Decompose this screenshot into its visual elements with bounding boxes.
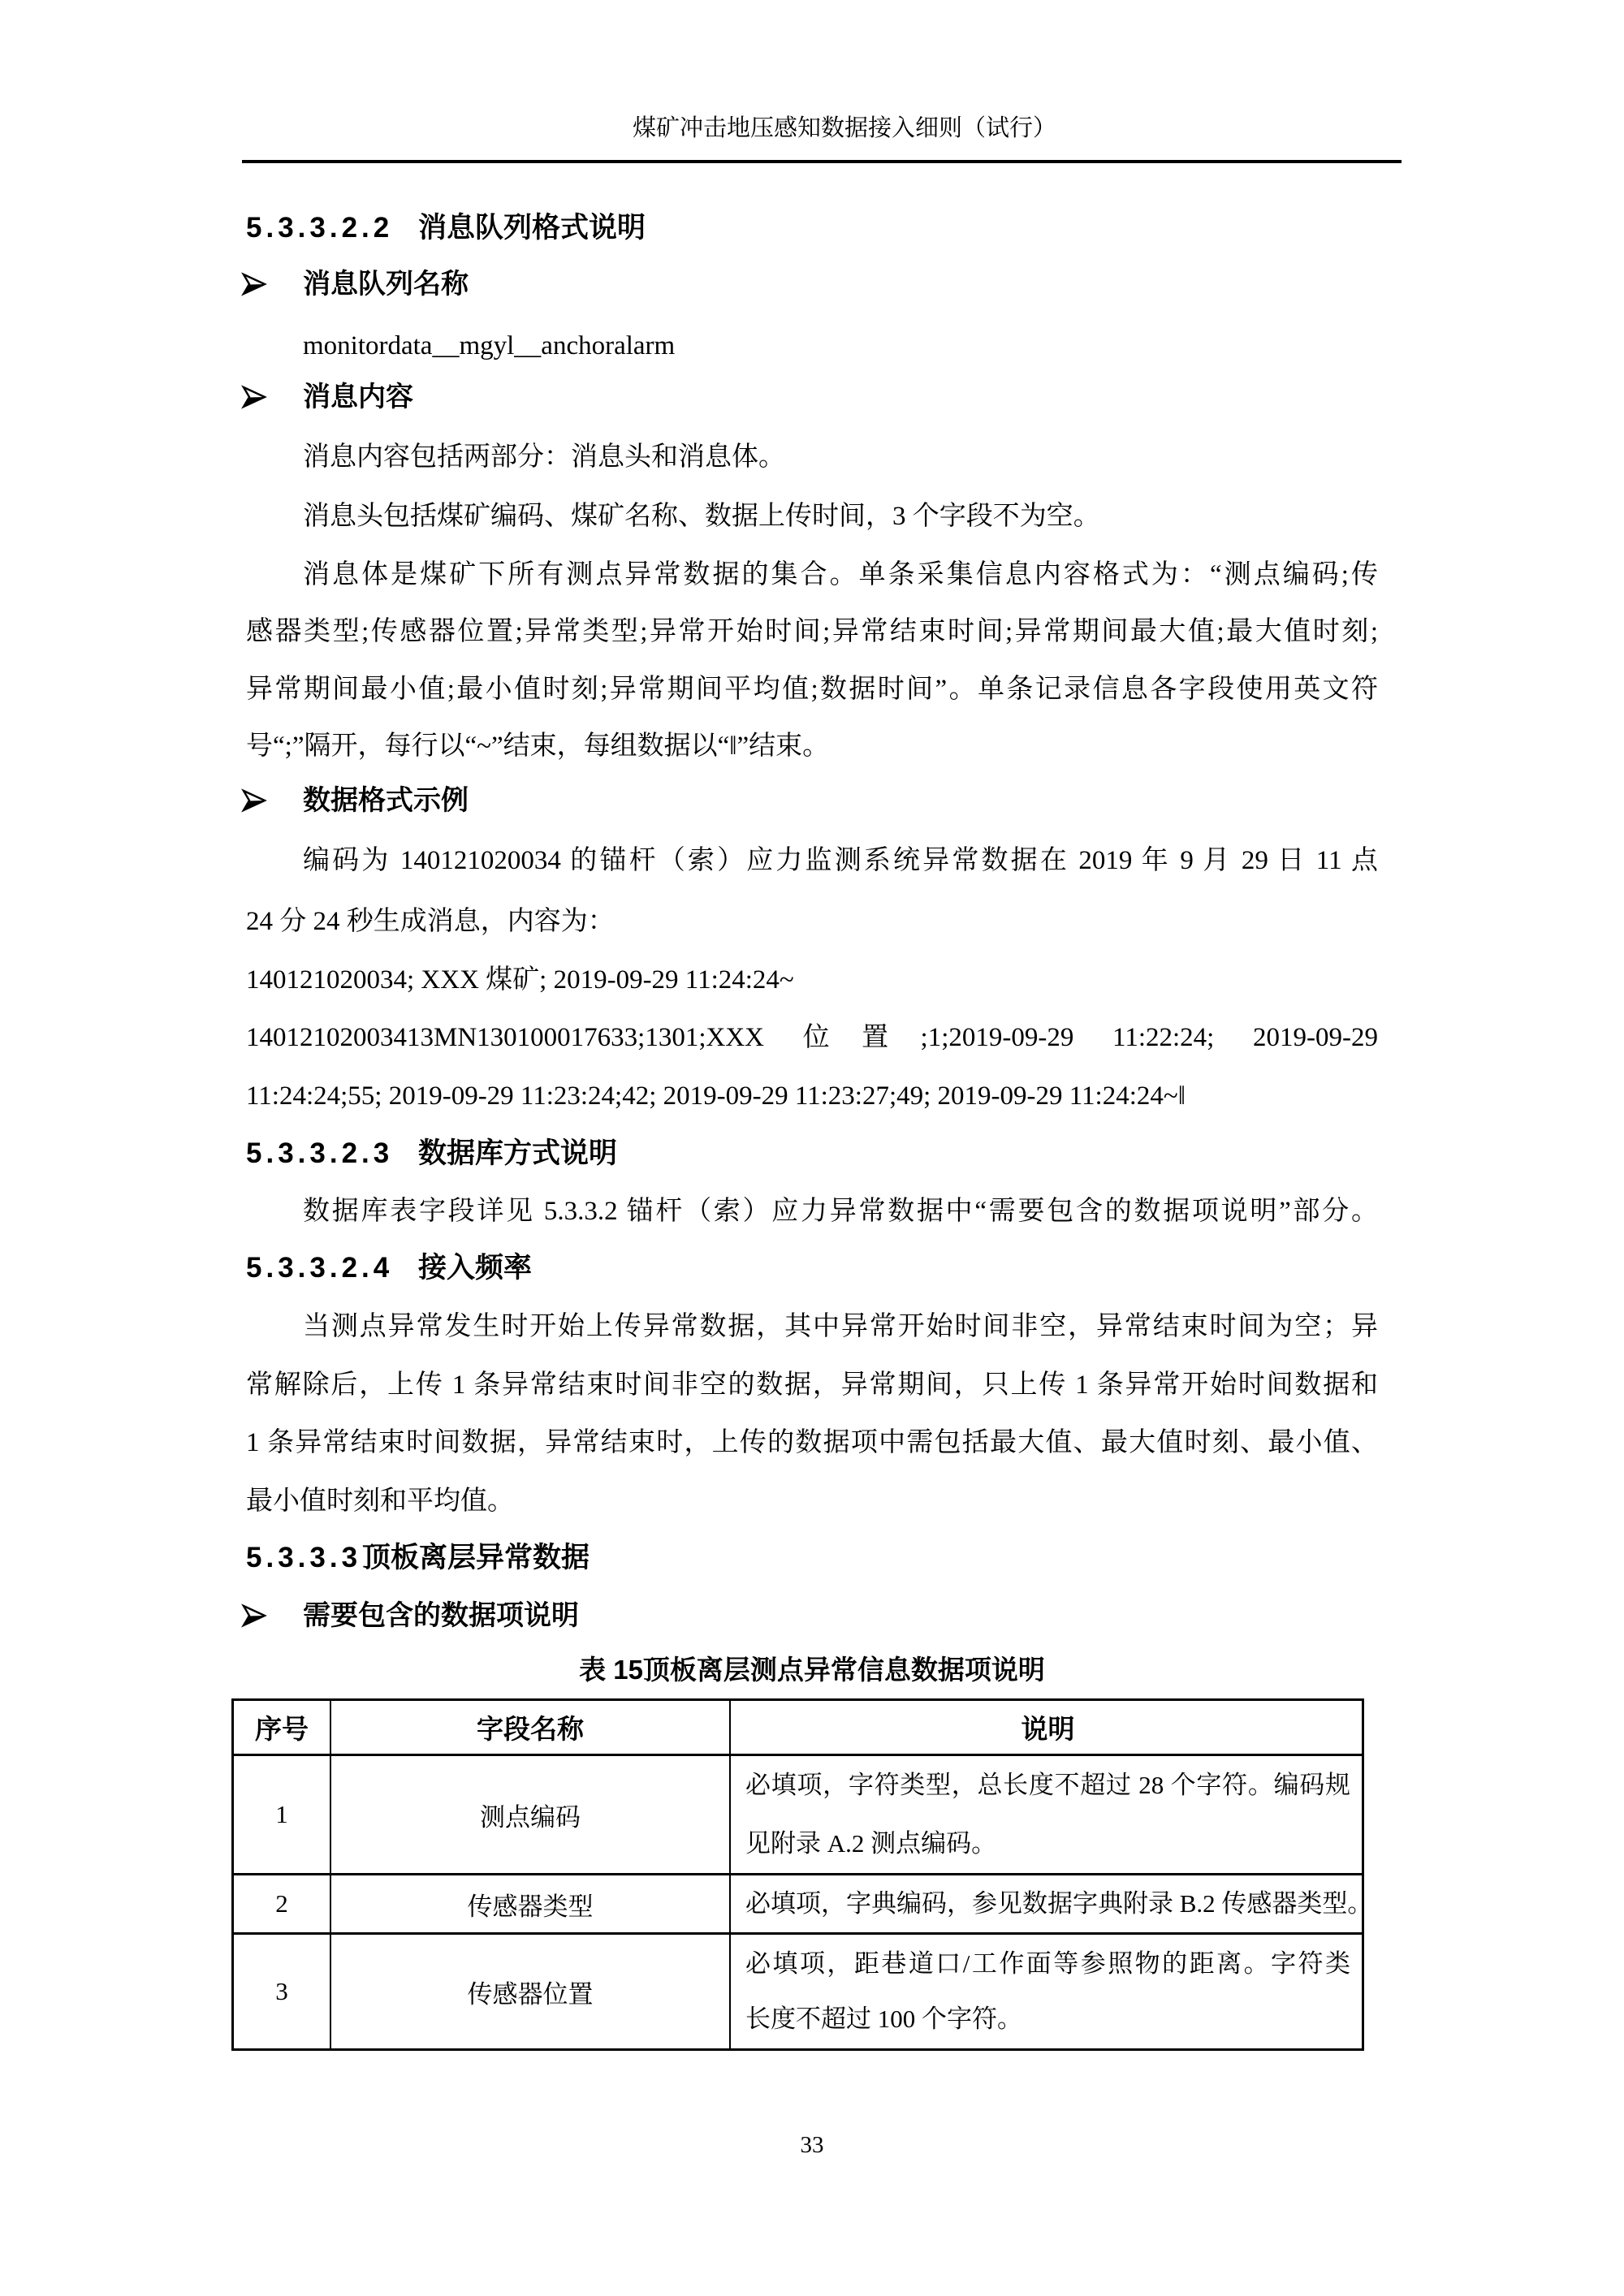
table-caption: 表 15顶板离层测点异常信息数据项说明 (246, 1642, 1378, 1698)
section-number: 5.3.3.2.4 (246, 1240, 418, 1297)
desc-line: 必填项，字符类型，总长度不超过 28 个字符。编码规则详 (745, 1756, 1350, 1815)
row-desc: 必填项，字符类型，总长度不超过 28 个字符。编码规则详 见附录 A.2 测点编… (729, 1756, 1362, 1873)
data-example-line: 14012102003413MN130100017633;1301;XXX 位置… (246, 1009, 1378, 1066)
data-example-line: 140121020034; XXX 煤矿; 2019-09-29 11:24:2… (246, 952, 1378, 1008)
section-title: 数据库方式说明 (418, 1137, 617, 1169)
desc-line: 必填项，距巷道口/工作面等参照物的距离。字符类型，总 (745, 1935, 1350, 1990)
paragraph-line: 最小值时刻和平均值。 (246, 1473, 1378, 1530)
arrowhead-bullet-icon (241, 256, 269, 313)
arrowhead-bullet-icon (241, 772, 269, 829)
column-header-no: 序号 (234, 1701, 330, 1754)
document-page: 煤矿冲击地压感知数据接入细则（试行） 5.3.3.2.2消息队列格式说明 消息队… (0, 0, 1624, 2296)
data-items-table: 序号 字段名称 说明 1 测点编码 必填项，字符类型，总长度不超过 28 个字符… (231, 1698, 1364, 2051)
arrowhead-bullet-icon (241, 369, 269, 425)
paragraph-line: 异常期间最小值;最小值时刻;异常期间平均值;数据时间”。单条记录信息各字段使用英… (246, 661, 1378, 718)
paragraph-line: 24 分 24 秒生成消息，内容为： (246, 893, 1378, 950)
paragraph-line: 消息内容包括两部分：消息头和消息体。 (246, 429, 1378, 486)
desc-line: 必填项，字典编码，参见数据字典附录 B.2 传感器类型。 (745, 1875, 1350, 1933)
bullet-item-data-items: 需要包含的数据项说明 (241, 1587, 1373, 1644)
section-number: 5.3.3.3 (246, 1530, 362, 1586)
page-number: 33 (246, 2127, 1378, 2163)
row-desc: 必填项，距巷道口/工作面等参照物的距离。字符类型，总 长度不超过 100 个字符… (729, 1935, 1362, 2048)
paragraph-line: 感器类型;传感器位置;异常类型;异常开始时间;异常结束时间;异常期间最大值;最大… (246, 603, 1378, 660)
row-no: 2 (234, 1875, 330, 1932)
arrowhead-bullet-icon (241, 1587, 269, 1644)
section-number: 5.3.3.2.3 (246, 1125, 418, 1182)
bullet-label: 消息队列名称 (303, 256, 469, 313)
paragraph-line: 消息体是煤矿下所有测点异常数据的集合。单条采集信息内容格式为：“测点编码;传 (246, 546, 1378, 603)
table-row: 3 传感器位置 必填项，距巷道口/工作面等参照物的距离。字符类型，总 长度不超过… (234, 1932, 1362, 2048)
bullet-item-message-content: 消息内容 (241, 369, 1373, 425)
paragraph-line: 1 条异常结束时间数据，异常结束时，上传的数据项中需包括最大值、最大值时刻、最小… (246, 1414, 1378, 1471)
paragraph-line: 当测点异常发生时开始上传异常数据，其中异常开始时间非空，异常结束时间为空；异 (246, 1298, 1378, 1355)
table-header-row: 序号 字段名称 说明 (234, 1701, 1362, 1754)
section-heading-5-3-3-2-3: 5.3.3.2.3数据库方式说明 (246, 1125, 1378, 1182)
section-heading-5-3-3-3: 5.3.3.3顶板离层异常数据 (246, 1530, 1378, 1586)
column-header-field: 字段名称 (330, 1701, 729, 1754)
section-heading-5-3-3-2-4: 5.3.3.2.4接入频率 (246, 1240, 1378, 1297)
desc-line: 见附录 A.2 测点编码。 (745, 1815, 1350, 1873)
bullet-label: 消息内容 (303, 369, 413, 425)
header-rule (242, 160, 1402, 163)
desc-line: 长度不超过 100 个字符。 (745, 1990, 1350, 2048)
section-heading-5-3-3-2-2: 5.3.3.2.2消息队列格式说明 (246, 200, 1378, 257)
row-no: 3 (234, 1935, 330, 2048)
paragraph-line: 常解除后，上传 1 条异常结束时间非空的数据，异常期间，只上传 1 条异常开始时… (246, 1357, 1378, 1413)
document-header-title: 煤矿冲击地压感知数据接入细则（试行） (276, 110, 1413, 146)
section-title: 接入频率 (418, 1252, 532, 1284)
bullet-label: 需要包含的数据项说明 (303, 1587, 579, 1644)
section-number: 5.3.3.2.2 (246, 200, 418, 257)
table-row: 1 测点编码 必填项，字符类型，总长度不超过 28 个字符。编码规则详 见附录 … (234, 1754, 1362, 1873)
bullet-item-queue-name: 消息队列名称 (241, 256, 1373, 313)
row-field: 传感器类型 (330, 1875, 729, 1932)
paragraph-line: 编码为 140121020034 的锚杆（索）应力监测系统异常数据在 2019 … (246, 832, 1378, 889)
paragraph-line: 消息头包括煤矿编码、煤矿名称、数据上传时间，3 个字段不为空。 (246, 488, 1378, 545)
section-title: 消息队列格式说明 (418, 212, 646, 244)
data-example-line: 11:24:24;55; 2019-09-29 11:23:24;42; 201… (246, 1068, 1378, 1124)
bullet-label: 数据格式示例 (303, 772, 469, 829)
row-desc: 必填项，字典编码，参见数据字典附录 B.2 传感器类型。 (729, 1875, 1362, 1932)
row-field: 传感器位置 (330, 1935, 729, 2048)
paragraph-line: 号“;”隔开，每行以“~”结束，每组数据以“‖”结束。 (246, 718, 1378, 775)
paragraph-line: 数据库表字段详见 5.3.3.2 锚杆（索）应力异常数据中“需要包含的数据项说明… (246, 1183, 1378, 1240)
row-no: 1 (234, 1756, 330, 1873)
table-row: 2 传感器类型 必填项，字典编码，参见数据字典附录 B.2 传感器类型。 (234, 1873, 1362, 1932)
queue-name-value: monitordata__mgyl__anchoralarm (303, 317, 1378, 374)
column-header-desc: 说明 (729, 1701, 1362, 1754)
section-title: 顶板离层异常数据 (362, 1542, 590, 1573)
bullet-item-data-example: 数据格式示例 (241, 772, 1373, 829)
row-field: 测点编码 (330, 1756, 729, 1873)
